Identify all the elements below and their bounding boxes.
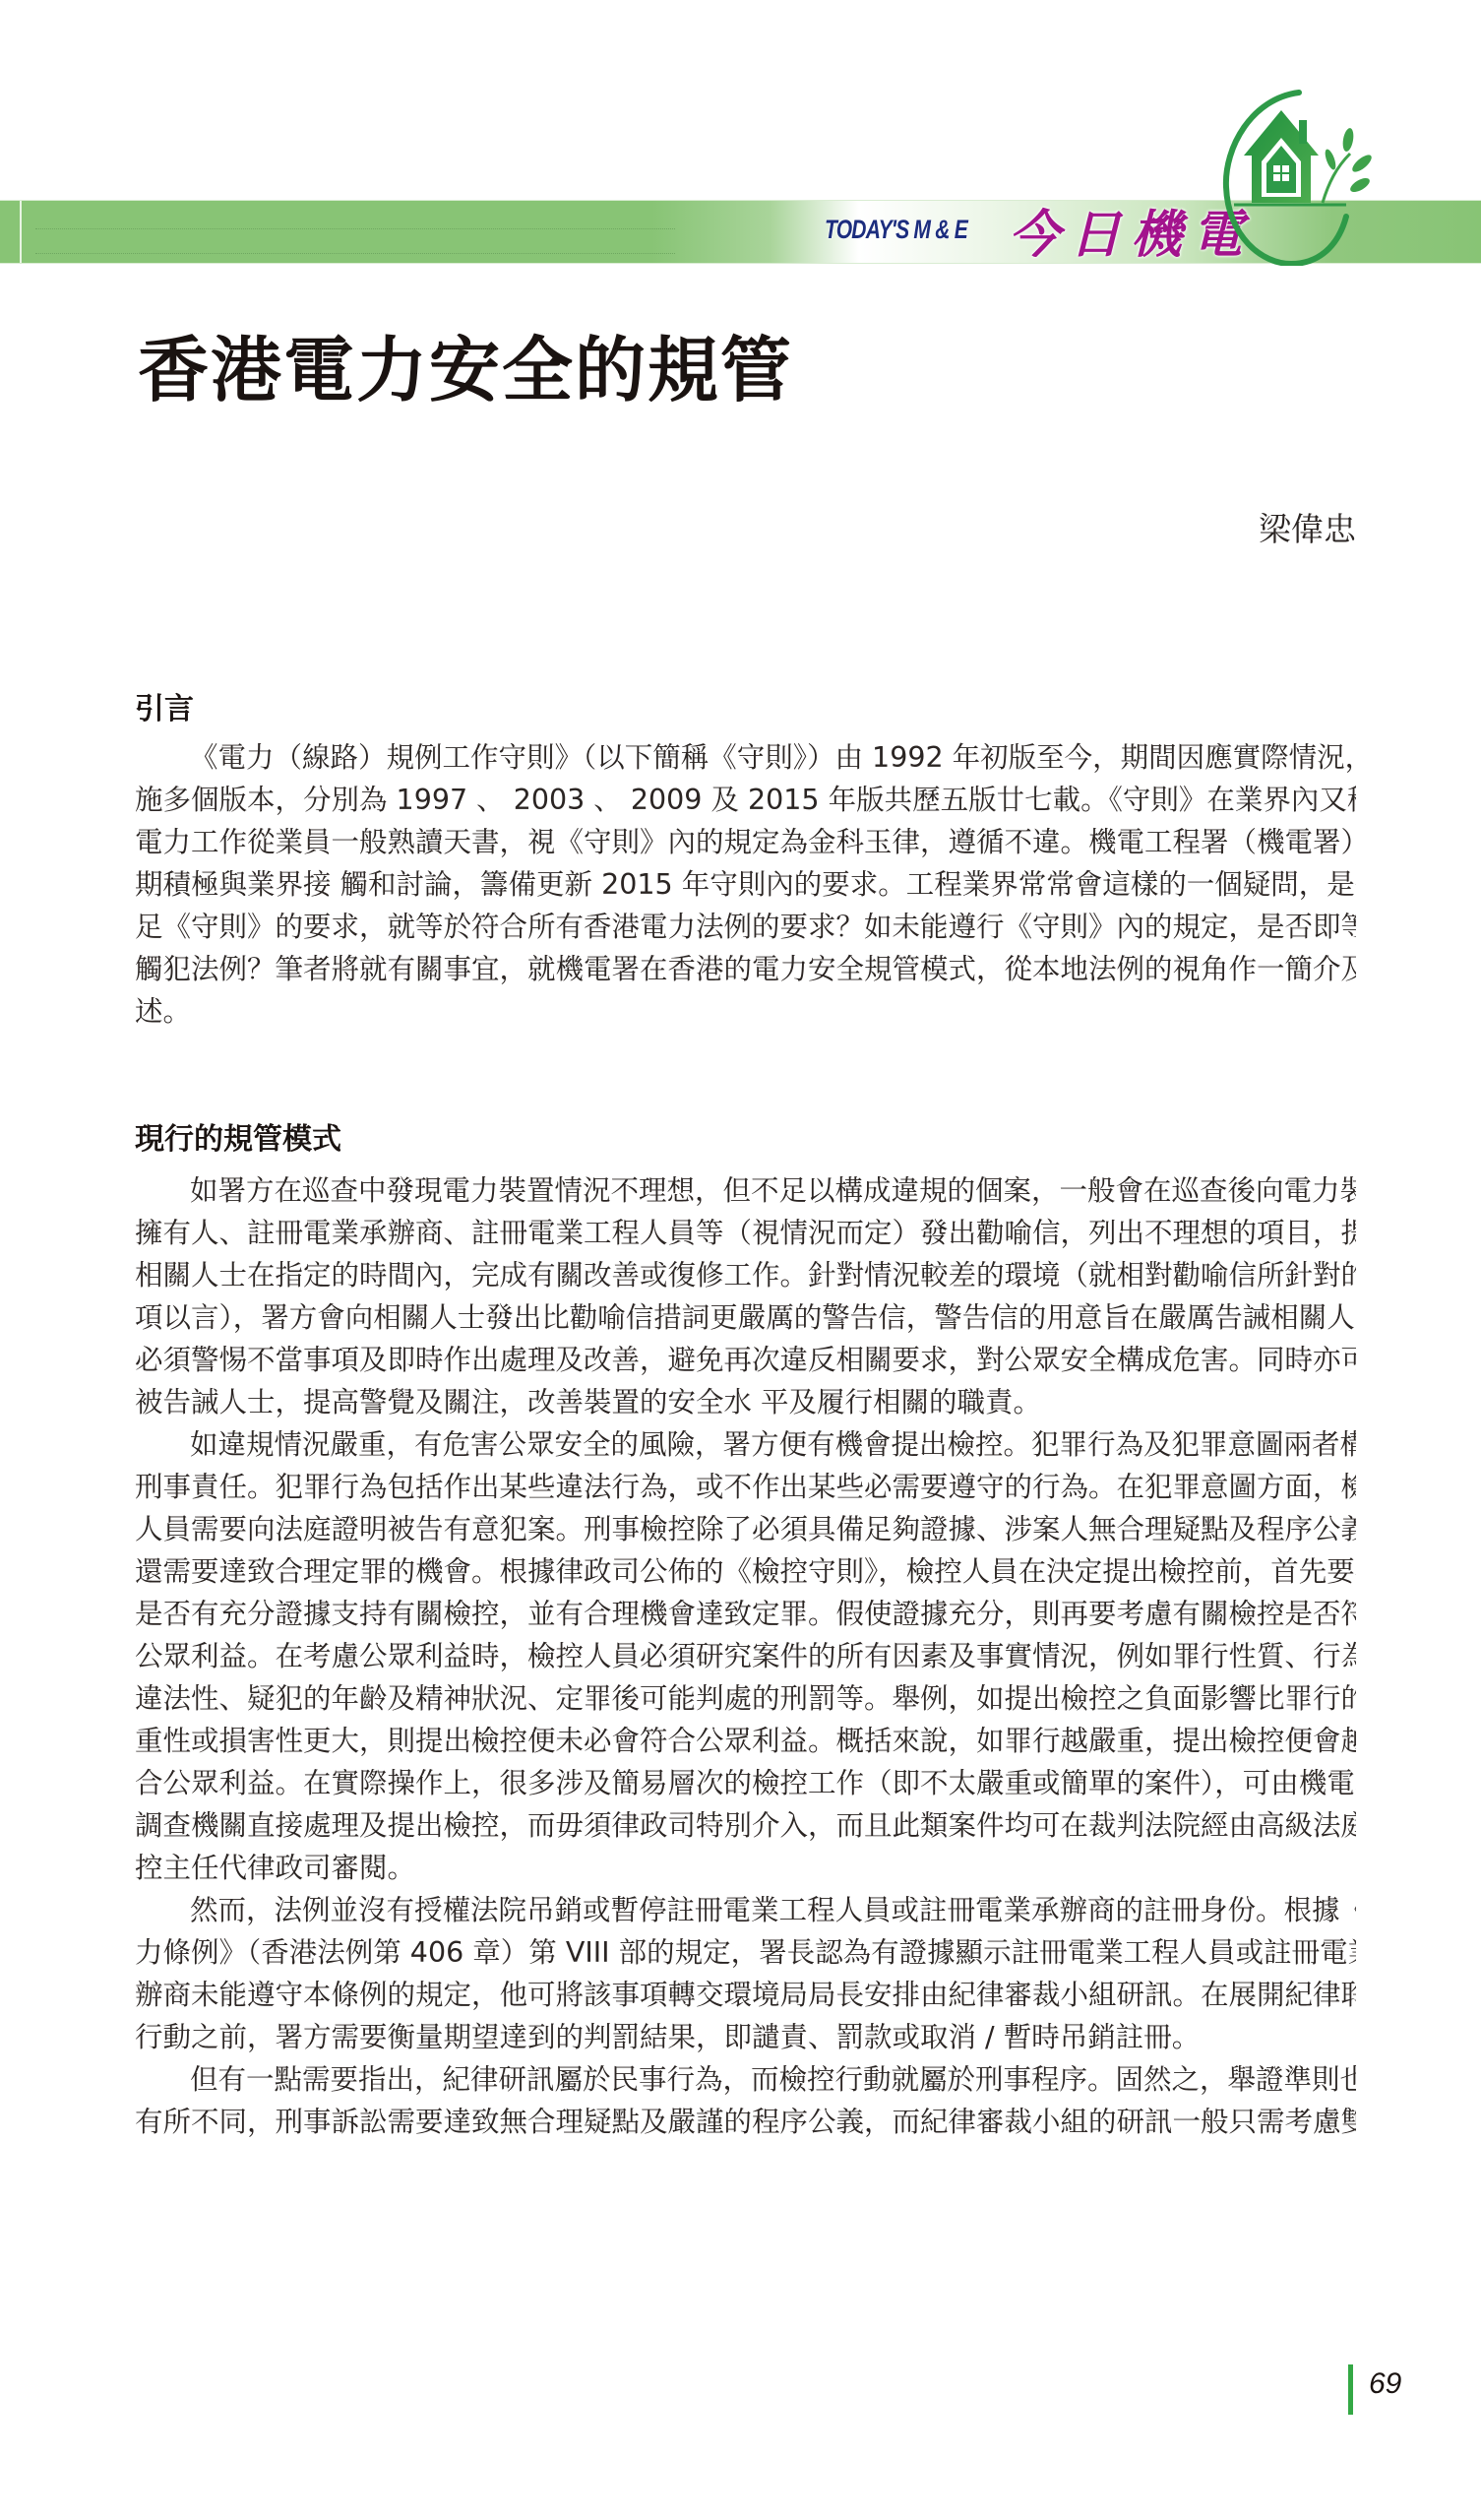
paragraph-line: 刑事責任。犯罪行為包括作出某些違法行為，或不作出某些必需要遵守的行為。在犯罪意圖…	[135, 1468, 1356, 1507]
paragraph-line: 必須警惕不當事項及即時作出處理及改善，避免再次違反相關要求，對公眾安全構成危害。…	[135, 1341, 1356, 1380]
paragraph-line: 公眾利益。在考慮公眾利益時，檢控人員必須研究案件的所有因素及事實情況，例如罪行性…	[135, 1637, 1356, 1676]
article-title: 香港電力安全的規管	[138, 313, 793, 415]
paragraph-line: 是否有充分證據支持有關檢控，並有合理機會達致定罪。假使證據充分，則再要考慮有關檢…	[135, 1595, 1356, 1634]
paragraph-line: 調查機關直接處理及提出檢控，而毋須律政司特別介入，而且此類案件均可在裁判法院經由…	[135, 1806, 1356, 1846]
paragraph-line: 擁有人、註冊電業承辦商、註冊電業工程人員等（視情況而定）發出勸喻信，列出不理想的…	[135, 1214, 1356, 1253]
banner-dotted-line	[35, 253, 675, 254]
paragraph-line: 相關人士在指定的時間內，完成有關改善或復修工作。針對情況較差的環境（就相對勸喻信…	[135, 1256, 1356, 1295]
section-heading-current-regulatory-model: 現行的規管模式	[135, 1114, 341, 1158]
page-number: 69	[1369, 2367, 1401, 2401]
paragraph-line: 《電力（線路）規例工作守則》（以下簡稱《守則》）由 1992 年初版至今，期間因…	[190, 738, 1356, 778]
paragraph-line: 合公眾利益。在實際操作上，很多涉及簡易層次的檢控工作（即不太嚴重或簡單的案件），…	[135, 1764, 1356, 1803]
paragraph-line: 行動之前，署方需要衡量期望達到的判罰結果，即譴責、罰款或取消 / 暫時吊銷註冊。	[135, 2018, 1356, 2057]
paragraph-line: 被告誡人士，提高警覺及關注，改善裝置的安全水 平及履行相關的職責。	[135, 1383, 1356, 1422]
house-leaf-logo-icon	[1212, 89, 1375, 266]
paragraph-line: 期積極與業界接 觸和討論，籌備更新 2015 年守則內的要求。工程業界常常會這樣…	[135, 865, 1356, 905]
page-number-accent-bar	[1348, 2364, 1353, 2415]
paragraph-line: 然而，法例並沒有授權法院吊銷或暫停註冊電業工程人員或註冊電業承辦商的註冊身份。根…	[190, 1891, 1356, 1930]
paragraph-line: 違法性、疑犯的年齡及精神狀況、定罪後可能判處的刑罰等。舉例，如提出檢控之負面影響…	[135, 1679, 1356, 1719]
paragraph-line: 電力工作從業員一般熟讀天書，視《守則》內的規定為金科玉律，遵循不違。機電工程署（…	[135, 823, 1356, 862]
paragraph-line: 項以言），署方會向相關人士發出比勸喻信措詞更嚴厲的警告信，警告信的用意旨在嚴厲告…	[135, 1298, 1356, 1338]
article-author: 梁偉忠	[1259, 504, 1356, 550]
section-heading-introduction: 引言	[135, 684, 194, 727]
paragraph-line: 如署方在巡查中發現電力裝置情況不理想，但不足以構成違規的個案，一般會在巡查後向電…	[190, 1171, 1356, 1211]
paragraph-line: 力條例》（香港法例第 406 章）第 VIII 部的規定，署長認為有證據顯示註冊…	[135, 1933, 1356, 1973]
brand-english: TODAY'S M & E	[825, 215, 967, 245]
paragraph-line: 述。	[135, 992, 1356, 1032]
paragraph-line: 但有一點需要指出，紀律研訊屬於民事行為，而檢控行動就屬於刑事程序。固然之，舉證準…	[190, 2060, 1356, 2100]
paragraph-line: 重性或損害性更大，則提出檢控便未必會符合公眾利益。概括來說，如罪行越嚴重，提出檢…	[135, 1722, 1356, 1761]
paragraph-line: 辦商未能遵守本條例的規定，他可將該事項轉交環境局局長安排由紀律審裁小組研訊。在展…	[135, 1976, 1356, 2015]
paragraph-line: 施多個版本，分別為 1997 、 2003 、 2009 及 2015 年版共歷…	[135, 781, 1356, 820]
paragraph-line: 如違規情況嚴重，有危害公眾安全的風險，署方便有機會提出檢控。犯罪行為及犯罪意圖兩…	[190, 1425, 1356, 1465]
paragraph-line: 足《守則》的要求，就等於符合所有香港電力法例的要求？如未能遵行《守則》內的規定，…	[135, 908, 1356, 947]
paragraph-line: 有所不同，刑事訴訟需要達致無合理疑點及嚴謹的程序公義，而紀律審裁小組的研訊一般只…	[135, 2103, 1356, 2142]
paragraph-line: 人員需要向法庭證明被告有意犯案。刑事檢控除了必須具備足夠證據、涉案人無合理疑點及…	[135, 1510, 1356, 1549]
paragraph-line: 控主任代律政司審閱。	[135, 1849, 1356, 1888]
paragraph-line: 觸犯法例？筆者將就有關事宜，就機電署在香港的電力安全規管模式，從本地法例的視角作…	[135, 950, 1356, 989]
banner-dotted-line	[35, 228, 675, 229]
paragraph-line: 還需要達致合理定罪的機會。根據律政司公佈的《檢控守則》，檢控人員在決定提出檢控前…	[135, 1552, 1356, 1592]
banner-divider	[20, 201, 22, 263]
